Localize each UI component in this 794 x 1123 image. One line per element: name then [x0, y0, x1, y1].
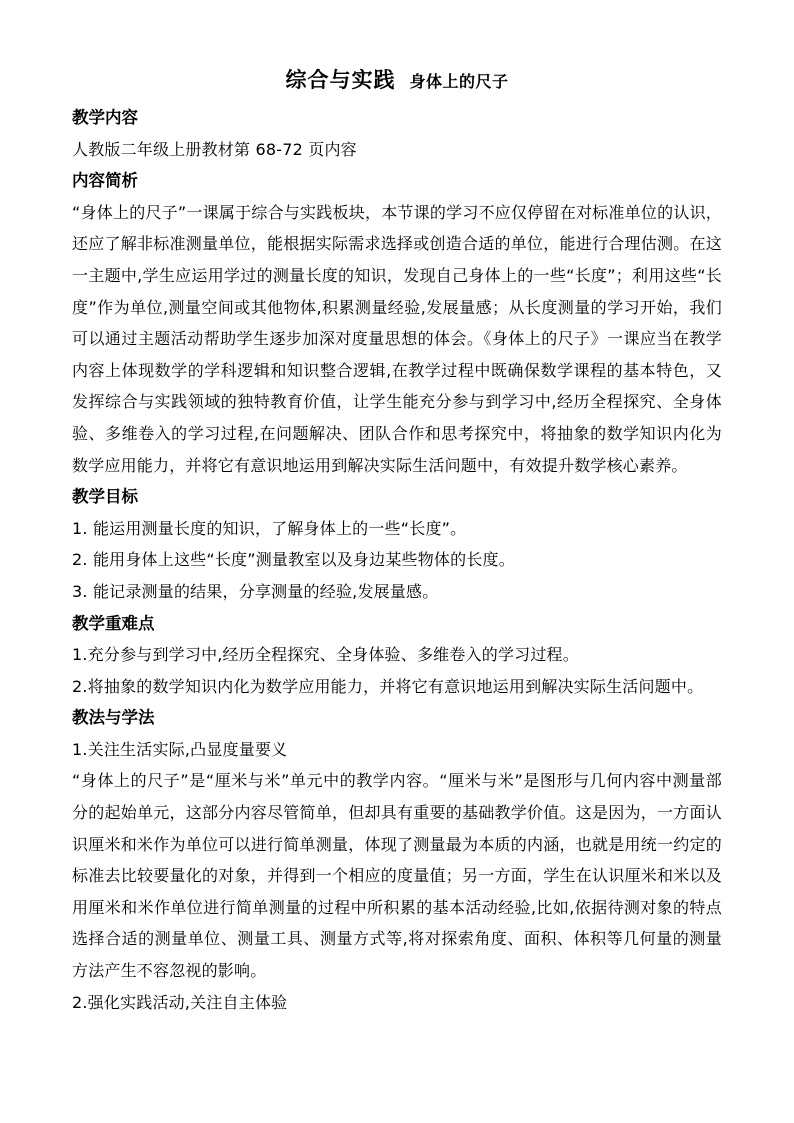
document-title: 综合与实践身体上的尺子	[72, 60, 722, 102]
key-point-item-2: 2.将抽象的数学知识内化为数学应用能力，并将它有意识地运用到解决实际生活问题中。	[72, 671, 722, 703]
key-point-item-1: 1.充分参与到学习中,经历全程探究、全身体验、多维卷入的学习过程。	[72, 639, 722, 671]
title-text-main: 综合与实践	[285, 68, 395, 92]
heading-teaching-content: 教学内容	[72, 102, 722, 134]
method-subheading-2: 2.强化实践活动,关注自主体验	[72, 987, 722, 1019]
method-subheading-1: 1.关注生活实际,凸显度量要义	[72, 734, 722, 766]
objective-item-2: 2. 能用身体上这些“长度”测量教室以及身边某些物体的长度。	[72, 544, 722, 576]
objective-item-1: 1. 能运用测量长度的知识，了解身体上的一些“长度”。	[72, 513, 722, 545]
heading-key-difficult-points: 教学重难点	[72, 608, 722, 640]
title-text-sub: 身体上的尺子	[409, 72, 508, 91]
heading-teaching-objectives: 教学目标	[72, 481, 722, 513]
document-page: 综合与实践身体上的尺子 教学内容 人教版二年级上册教材第 68-72 页内容 内…	[0, 0, 794, 1123]
heading-content-analysis: 内容简析	[72, 165, 722, 197]
objective-item-3: 3. 能记录测量的结果，分享测量的经验,发展量感。	[72, 576, 722, 608]
heading-teaching-learning-methods: 教法与学法	[72, 702, 722, 734]
teaching-content-text: 人教版二年级上册教材第 68-72 页内容	[72, 134, 722, 166]
content-analysis-text: “身体上的尺子”一课属于综合与实践板块，本节课的学习不应仅停留在对标准单位的认识…	[72, 197, 722, 481]
method-1-text: “身体上的尺子”是“厘米与米”单元中的教学内容。“厘米与米”是图形与几何内容中测…	[72, 765, 722, 986]
